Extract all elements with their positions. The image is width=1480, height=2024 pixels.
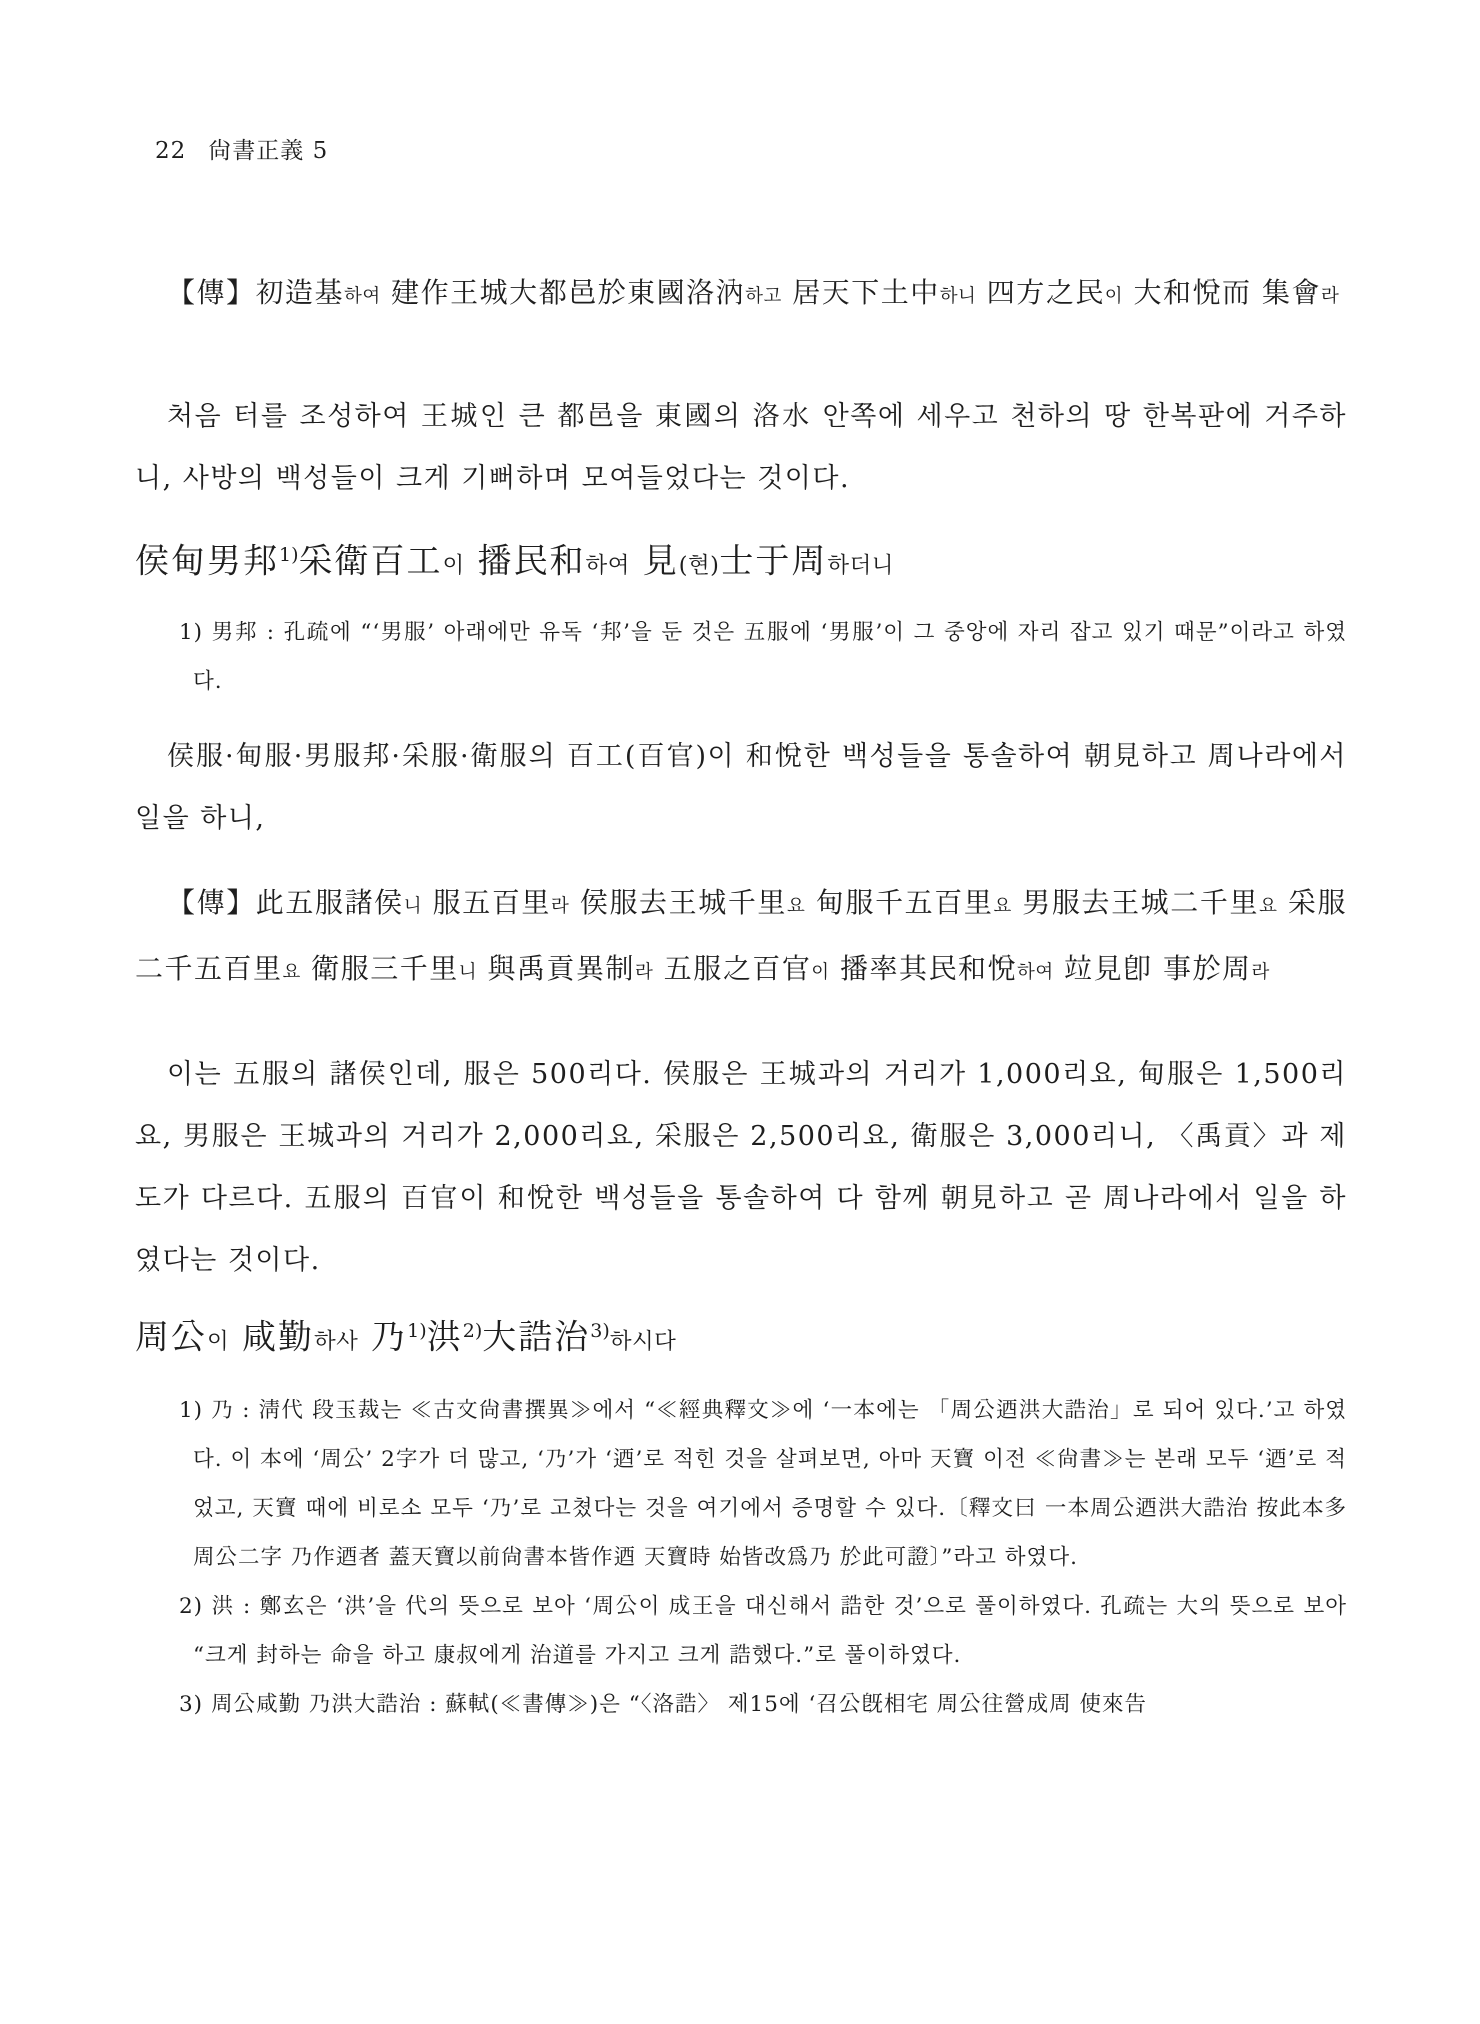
korean-gloss-text: 이 <box>1105 286 1123 307</box>
main-text: 采衛百工 <box>299 541 443 581</box>
korean-translation-paragraph-1: 처음 터를 조성하여 王城인 큰 都邑을 東國의 洛水 안쪽에 세우고 천하의 … <box>135 386 1347 510</box>
footnote-text: 洪 : 鄭玄은 ‘洪’을 代의 뜻으로 보아 ‘周公이 成王을 대신해서 誥한 … <box>193 1594 1347 1668</box>
main-text: 衛服三千里 <box>301 952 459 985</box>
korean-gloss-text: 라 <box>551 896 569 917</box>
main-text: 與禹貢異制 <box>477 952 635 985</box>
korean-gloss-text: 하사 <box>314 1328 358 1354</box>
footnote-item: 3)周公咸勤 乃洪大誥治 : 蘇軾(≪書傳≫)은 “〈洛誥〉 제15에 ‘召公旣… <box>135 1680 1347 1729</box>
footnote-block-2: 1)乃 : 淸代 段玉裁는 ≪古文尙書撰異≫에서 “≪經典釋文≫에 ‘一本에는 … <box>135 1386 1347 1729</box>
main-text: 播民和 <box>465 541 586 581</box>
footnote-ref: 1) <box>279 544 299 566</box>
korean-gloss-text: 하여 <box>344 286 381 307</box>
footnote-ref: 3) <box>590 1320 610 1342</box>
footnote-item: 1)男邦 : 孔疏에 “‘男服’ 아래에만 유독 ‘邦’을 둔 것은 五服에 ‘… <box>135 608 1347 706</box>
korean-gloss-text: 라 <box>1252 962 1270 983</box>
main-text: 咸勤 <box>229 1317 314 1357</box>
main-text: 周公 <box>135 1317 207 1357</box>
main-text: 甸服千五百里 <box>805 886 993 919</box>
korean-gloss-text: 이 <box>811 962 829 983</box>
korean-gloss-text: 요 <box>787 896 805 917</box>
scripture-heading-1: 侯甸男邦1)采衛百工이 播民和하여 見(현)士于周하더니 <box>135 526 1347 594</box>
korean-gloss-text: 요 <box>993 896 1011 917</box>
commentary-chinese-paragraph-2: 【傳】此五服諸侯니 服五百里라 侯服去王城千里요 甸服千五百里요 男服去王城二千… <box>135 872 1347 1004</box>
main-text: 五服之百官 <box>653 952 811 985</box>
korean-gloss-text: 하고 <box>745 286 782 307</box>
footnote-item: 1)乃 : 淸代 段玉裁는 ≪古文尙書撰異≫에서 “≪經典釋文≫에 ‘一本에는 … <box>135 1386 1347 1582</box>
korean-gloss-text: 라 <box>1321 286 1339 307</box>
footnote-number: 2) <box>179 1594 203 1619</box>
korean-gloss-text: 라 <box>635 962 653 983</box>
book-title: 尙書正義 5 <box>208 138 328 164</box>
main-text: 居天下土中 <box>782 276 940 309</box>
korean-gloss-text: 요 <box>283 962 301 983</box>
korean-translation-paragraph-3: 이는 五服의 諸侯인데, 服은 500리다. 侯服은 王城과의 거리가 1,00… <box>135 1044 1347 1292</box>
main-text: 【傳】此五服諸侯 <box>167 886 404 919</box>
book-page: 22尙書正義 5 【傳】初造基하여 建作王城大都邑於東國洛汭하고 居天下土中하니… <box>0 0 1480 2024</box>
korean-gloss-text: 하여 <box>586 552 630 578</box>
main-text: 洪 <box>427 1317 463 1357</box>
main-text: 服五百里 <box>422 886 551 919</box>
page-content: 22尙書正義 5 【傳】初造基하여 建作王城大都邑於東國洛汭하고 居天下土中하니… <box>135 0 1347 2024</box>
running-header: 22尙書正義 5 <box>155 132 328 165</box>
main-text: 士于周 <box>719 541 827 581</box>
main-text: 男服去王城二千里 <box>1012 886 1259 919</box>
main-text: 播率其民和悅 <box>830 952 1017 985</box>
footnote-text: 乃 : 淸代 段玉裁는 ≪古文尙書撰異≫에서 “≪經典釋文≫에 ‘一本에는 「周… <box>193 1398 1347 1570</box>
footnote-number: 3) <box>179 1692 203 1717</box>
korean-gloss-text: 요 <box>1259 896 1277 917</box>
main-text: 大誥治 <box>482 1317 590 1357</box>
korean-gloss-text: 하시다 <box>610 1328 677 1354</box>
korean-gloss-text: 하더니 <box>827 552 894 578</box>
footnote-ref: 1) <box>407 1320 427 1342</box>
main-text: 侯甸男邦 <box>135 541 279 581</box>
footnote-text: 周公咸勤 乃洪大誥治 : 蘇軾(≪書傳≫)은 “〈洛誥〉 제15에 ‘召公旣相宅… <box>211 1692 1147 1717</box>
scripture-heading-2: 周公이 咸勤하사 乃1)洪2)大誥治3)하시다 <box>135 1302 1347 1370</box>
page-number: 22 <box>155 138 186 164</box>
main-text: 侯服去王城千里 <box>569 886 787 919</box>
main-text: 【傳】初造基 <box>167 276 344 309</box>
main-text: 乃 <box>358 1317 407 1357</box>
korean-gloss-text: (현) <box>679 552 720 578</box>
korean-gloss-text: 하니 <box>940 286 977 307</box>
footnote-text: 男邦 : 孔疏에 “‘男服’ 아래에만 유독 ‘邦’을 둔 것은 五服에 ‘男服… <box>193 620 1347 694</box>
korean-gloss-text: 니 <box>404 896 422 917</box>
korean-gloss-text: 이 <box>207 1328 229 1354</box>
main-text: 竝見卽 事於周 <box>1054 952 1252 985</box>
korean-gloss-text: 니 <box>459 962 477 983</box>
commentary-chinese-paragraph-1: 【傳】初造基하여 建作王城大都邑於東國洛汭하고 居天下土中하니 四方之民이 大和… <box>135 262 1347 328</box>
footnote-block-1: 1)男邦 : 孔疏에 “‘男服’ 아래에만 유독 ‘邦’을 둔 것은 五服에 ‘… <box>135 608 1347 706</box>
main-text: 見 <box>630 541 679 581</box>
footnote-number: 1) <box>179 1398 203 1423</box>
main-text: 建作王城大都邑於東國洛汭 <box>381 276 745 309</box>
main-text: 大和悅而 集會 <box>1123 276 1321 309</box>
korean-gloss-text: 하여 <box>1017 962 1054 983</box>
footnote-item: 2)洪 : 鄭玄은 ‘洪’을 代의 뜻으로 보아 ‘周公이 成王을 대신해서 誥… <box>135 1582 1347 1680</box>
korean-gloss-text: 이 <box>443 552 465 578</box>
korean-translation-paragraph-2: 侯服·甸服·男服邦·采服·衛服의 百工(百官)이 和悅한 백성들을 통솔하여 朝… <box>135 726 1347 850</box>
footnote-number: 1) <box>179 620 203 645</box>
main-text: 四方之民 <box>976 276 1104 309</box>
footnote-ref: 2) <box>463 1320 483 1342</box>
